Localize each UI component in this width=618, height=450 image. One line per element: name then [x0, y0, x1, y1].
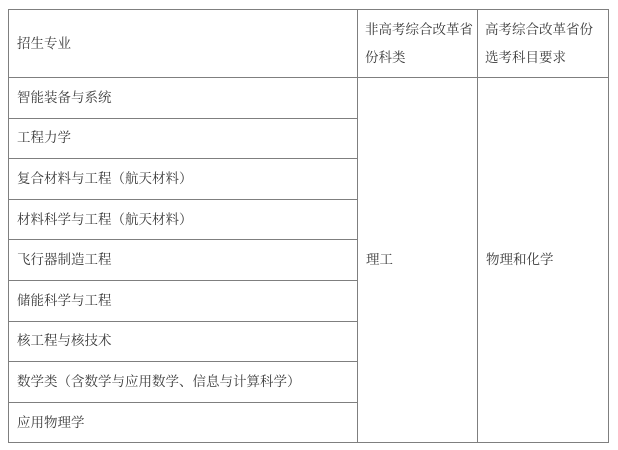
- major-cell: 工程力学: [9, 118, 358, 159]
- major-cell: 应用物理学: [9, 402, 358, 443]
- header-reform-subject-requirement: 高考综合改革省份选考科目要求: [478, 10, 609, 78]
- major-cell: 核工程与核技术: [9, 321, 358, 362]
- major-cell: 数学类（含数学与应用数学、信息与计算科学）: [9, 362, 358, 403]
- table-header-row: 招生专业 非高考综合改革省份科类 高考综合改革省份选考科目要求: [9, 10, 609, 78]
- admission-majors-table: 招生专业 非高考综合改革省份科类 高考综合改革省份选考科目要求 智能装备与系统 …: [8, 9, 609, 443]
- table-row: 智能装备与系统 理工 物理和化学: [9, 78, 609, 119]
- admission-table-container: 招生专业 非高考综合改革省份科类 高考综合改革省份选考科目要求 智能装备与系统 …: [8, 9, 609, 443]
- header-major: 招生专业: [9, 10, 358, 78]
- major-cell: 智能装备与系统: [9, 78, 358, 119]
- header-non-reform-category: 非高考综合改革省份科类: [358, 10, 478, 78]
- category-cell: 理工: [358, 78, 478, 443]
- major-cell: 储能科学与工程: [9, 280, 358, 321]
- major-cell: 飞行器制造工程: [9, 240, 358, 281]
- subject-requirement-cell: 物理和化学: [478, 78, 609, 443]
- major-cell: 材料科学与工程（航天材料）: [9, 199, 358, 240]
- major-cell: 复合材料与工程（航天材料）: [9, 159, 358, 200]
